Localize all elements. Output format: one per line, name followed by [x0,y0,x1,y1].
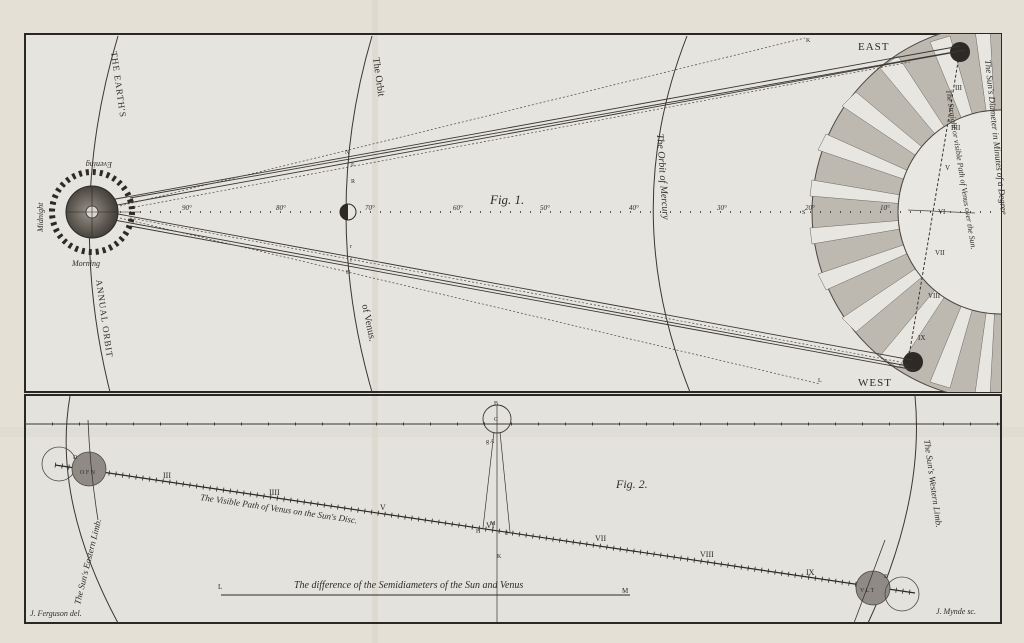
fig1-title: Fig. 1. [489,192,524,207]
point-N: N [345,150,350,156]
tick-20: 20° [805,204,815,212]
west-label: WEST [858,377,892,389]
hour-III: III [955,84,963,92]
point-E: E [351,162,355,168]
tick-10: 10° [880,204,890,212]
point-H2: H [476,529,481,535]
hour-IX: IX [918,334,925,342]
point-K2: K [497,554,502,560]
tick-50: 50° [540,204,550,212]
tick-90: 90° [182,204,192,212]
draughtsman-credit: J. Ferguson del. [30,609,82,618]
hour-V: V [945,164,950,172]
fig2-hour-IIII: IIII [269,488,280,497]
point-f: f [350,257,352,264]
point-VLT: V L T [860,588,875,594]
point-K: K [806,38,811,44]
hour-VI: VI [938,208,946,216]
fig2-title: Fig. 2. [615,477,648,491]
semidiameter-label: The difference of the Semidiameters of t… [294,580,523,591]
point-R: R [351,179,355,185]
point-gA: g A [486,439,495,445]
fig2-hour-V: V [380,503,386,512]
point-D: D [73,455,78,461]
point-M3: M [622,587,629,595]
east-label: EAST [858,41,890,53]
point-L2: L [218,583,222,591]
venus-egress-dot [903,352,923,372]
point-OF: O F N [80,470,96,476]
point-C: C [494,417,498,423]
morning-label: Morning [71,259,100,268]
point-r: r [350,244,352,250]
fig2-hour-IX: IX [806,568,815,577]
evening-label: Evening [86,160,113,169]
hour-IIII: IIII [951,124,961,132]
point-L: L [818,378,822,384]
tick-30: 30° [716,204,727,212]
point-H: H [346,270,351,276]
engraver-credit: J. Mynde sc. [936,607,976,616]
tick-70: 70° [365,204,375,212]
point-I: I [506,531,508,537]
tick-40: 40° [629,204,639,212]
tick-80: 80° [276,204,286,212]
point-B: B [494,401,498,407]
point-E2: E [884,574,888,580]
tick-60: 60° [453,204,463,212]
fig2-hour-VIII: VIII [700,550,714,559]
midnight-label: Midnight [36,202,45,233]
point-M2: M [490,521,496,527]
fig2-hour-VII: VII [595,534,606,543]
engraving: 90° 80° 70° 60° 50° 40° 30° 20° 10° Even… [0,0,1024,643]
hour-VIII: VIII [928,292,941,300]
point-S: S [802,210,805,216]
fig2-hour-III: III [163,471,171,480]
hour-VII: VII [935,249,945,257]
